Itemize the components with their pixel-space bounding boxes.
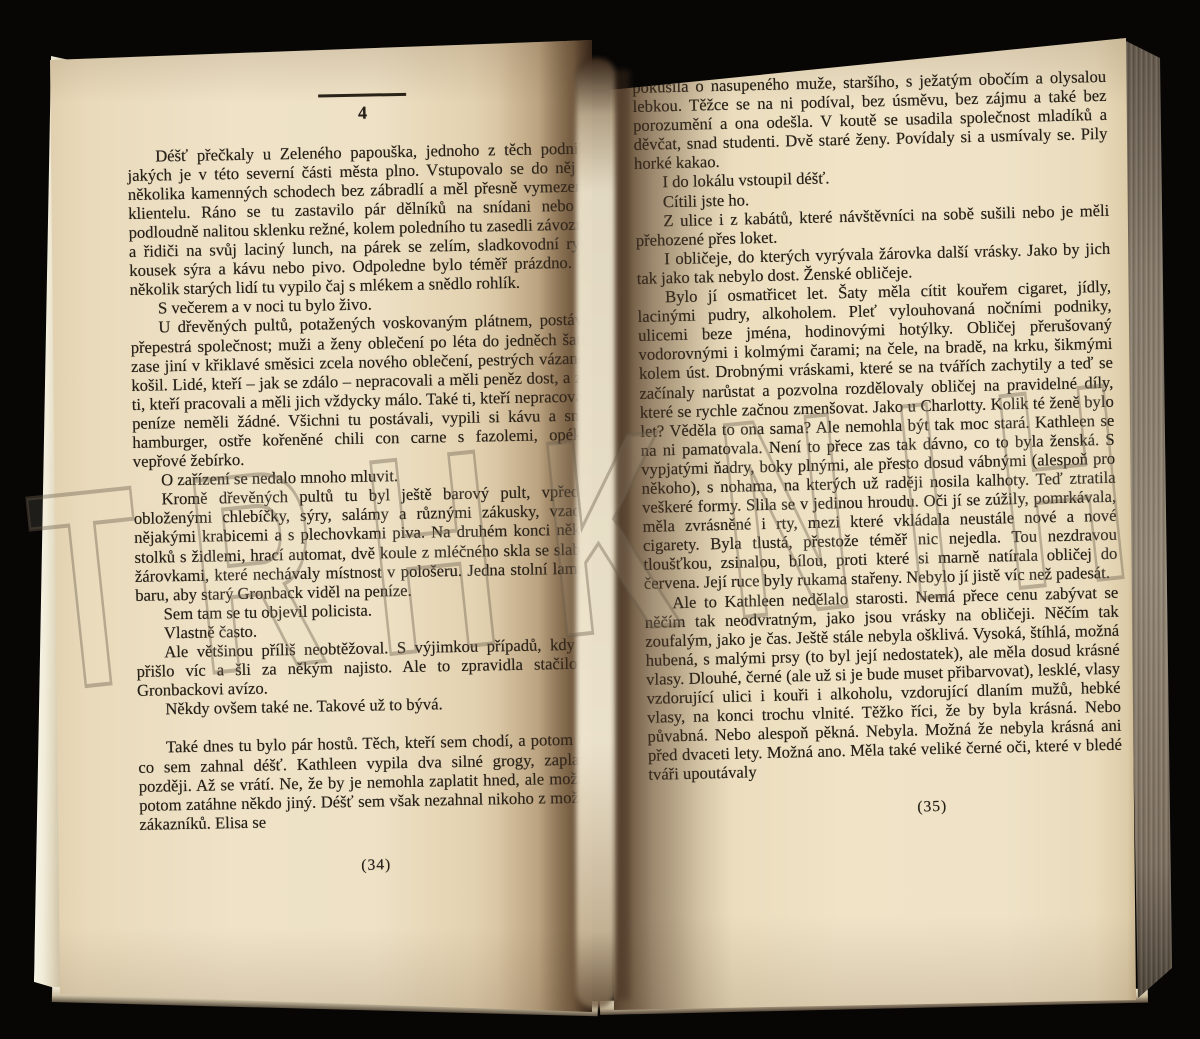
chapter-rule	[318, 93, 406, 97]
book-photo: 4 Déšť přečkaly u Zeleného papouška, jed…	[0, 0, 1200, 1039]
book-page-right: pokusila o nasupeného muže, staršího, s …	[598, 28, 1138, 1014]
book-gutter-highlight	[576, 58, 616, 1008]
book-page-left: 4 Déšť přečkaly u Zeleného papouška, jed…	[44, 34, 592, 1016]
book-gutter-shadow	[615, 70, 630, 1000]
page-number-right: (35)	[695, 792, 1169, 822]
